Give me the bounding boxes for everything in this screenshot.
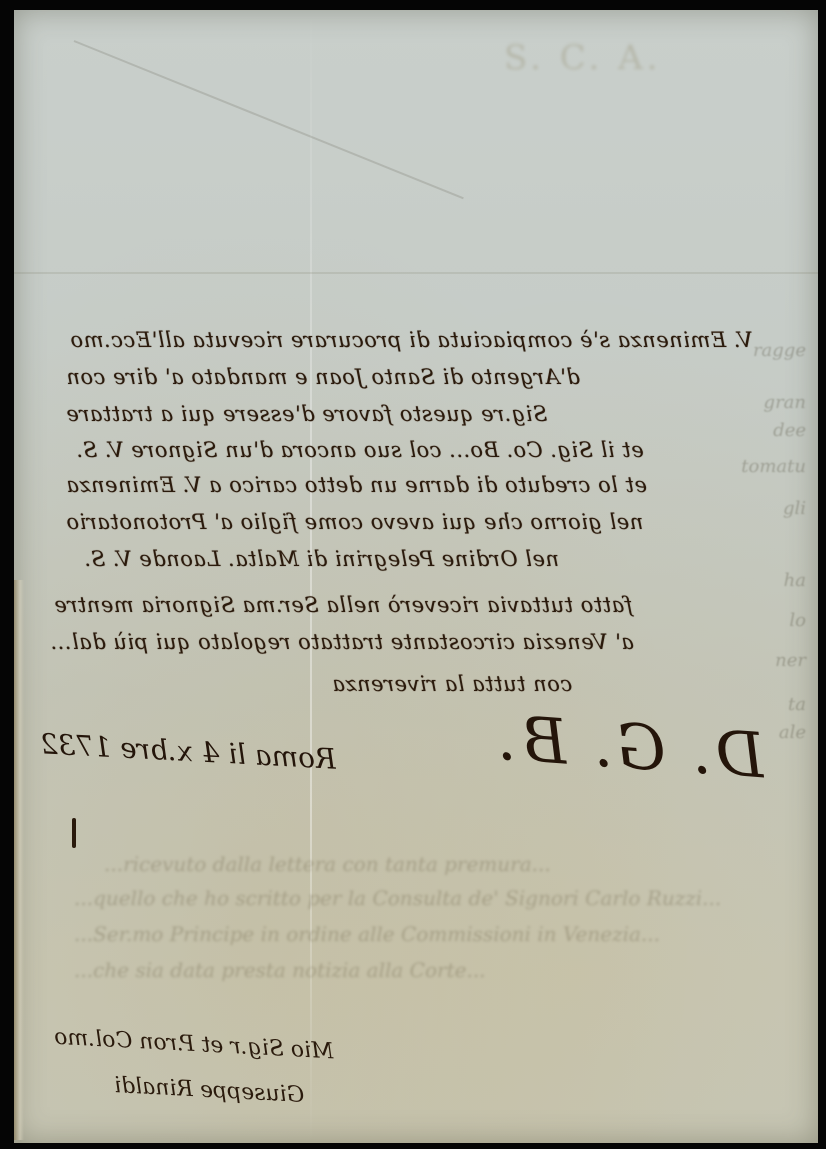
body-line-8: fatto tuttavia riceverò nella Ser.ma Sig…: [54, 593, 633, 617]
ghost-line-3: ...Ser.mo Principe in ordine alle Commis…: [74, 922, 660, 946]
margin-ghost-word: ner: [775, 650, 806, 671]
margin-ghost-word: ta: [788, 694, 806, 715]
body-line-6: nel giorno che qui avevo come figlio a' …: [66, 510, 643, 534]
signature: D. G. B.: [492, 701, 767, 793]
margin-ghost-word: dee: [773, 420, 806, 441]
ghost-line-2: ...quello che ho scritto per la Consulta…: [74, 886, 721, 910]
ghost-line-1: ...ricevuto dalla lettera con tanta prem…: [104, 852, 551, 876]
address-line-2: Giuseppe Rinaldi: [113, 1073, 304, 1108]
horizontal-fold-line: [14, 272, 818, 274]
body-line-2: d'Argento di Santo Joan e mandato a' dir…: [66, 365, 580, 389]
ghost-line-4: ...che sia data presta notizia alla Cort…: [74, 958, 486, 982]
date-line: Roma li 4 x.bre 1732: [39, 727, 337, 775]
margin-ghost-word: lo: [789, 610, 806, 631]
body-line-9: a' Venezia circostante trattato regolato…: [50, 630, 634, 654]
body-line-4: et il Sig. Co. Bo... col suo ancora d'un…: [76, 438, 644, 462]
paper-crease: [74, 40, 464, 199]
margin-ghost-word: gli: [783, 498, 806, 519]
torn-left-edge: [14, 580, 24, 1140]
ink-mark: [72, 818, 76, 848]
address-line-1: Mio Sig.r et P.ron Col.mo: [54, 1025, 335, 1065]
margin-ghost-word: tomatu: [741, 456, 806, 477]
margin-ghost-word: gran: [764, 392, 806, 413]
body-line-10: con tutta la riverenza: [332, 672, 572, 696]
margin-ghost-word: ha: [784, 570, 806, 591]
body-line-3: Sig.re questo favore d'essere qui a trat…: [66, 402, 547, 426]
ghost-header-text: S. C. A.: [504, 38, 661, 78]
letter-page: S. C. A. V. Eminenza s'è compiaciuta di …: [14, 10, 818, 1143]
body-line-1: V. Eminenza s'è compiaciuta di procurare…: [70, 328, 753, 352]
body-line-7: nel Ordine Pelegrini di Malta. Laonde V.…: [84, 547, 559, 571]
margin-ghost-word: ale: [779, 722, 806, 743]
margin-ghost-word: ragge: [753, 340, 806, 361]
body-line-5: et lo creduto di darne un detto carico a…: [66, 473, 647, 497]
